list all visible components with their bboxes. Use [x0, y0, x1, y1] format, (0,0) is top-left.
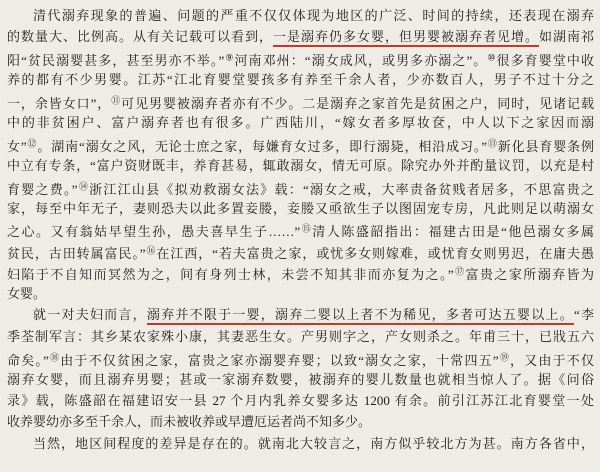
text-segment: 新化县育婴条例 — [498, 139, 594, 154]
text-run: 妇陷于不自知而冥然为之，间有身列士林，未尝不知其非而亦复为之。”⑰富贵之家所溺弃… — [7, 267, 594, 282]
text-run: 命矣。”⑱由于不仅贫困之家，富贵之家亦溺婴弃婴；以致“溺女之家，十常四五”⑲，又… — [7, 353, 594, 368]
text-segment: 的数量大、比例高。从有关记载可以看到， — [7, 29, 273, 44]
text-run: 当然，地区间程度的差异是存在的。就南北大较言之，南方似乎较北方为甚。南方各省中， — [33, 436, 594, 451]
footnote-marker: ⑨ — [224, 53, 234, 63]
footnote-marker: ⑲ — [499, 352, 510, 362]
text-line: 就一对夫妇而言，溺弃并不限于一婴，溺弃二婴以上者不为稀见，多者可达五婴以上。“李 — [7, 304, 594, 325]
text-line: 收养婴幼亦多至千余人，而未被收养或早遭厄运者尚不知多少。 — [7, 411, 594, 432]
text-line: 一，余皆女口”，⑪可见男婴被溺弃者亦有不少。二是溺弃之家首先是贫困之户，同时，见… — [7, 91, 594, 112]
text-run: 溺弃女婴，而且溺弃男婴；甚或一家溺弃数婴，被溺弃的婴儿数量也就相当惊人了。据《问… — [7, 372, 594, 387]
footnote-marker: ⑱ — [49, 352, 60, 362]
text-run: 育婴之费。”⑭浙江江山县《拟劝救溺女法》载：“溺女之戒，大率责备贫贱者居多，不思… — [7, 182, 594, 197]
text-segment: 清代溺弃现象的普遍、问题的严重不仅仅体现为地区的广泛、时间的持续，还表现在溺弃 — [33, 8, 594, 23]
text-run: 清代溺弃现象的普遍、问题的严重不仅仅体现为地区的广泛、时间的持续，还表现在溺弃 — [33, 8, 594, 23]
text-line: 的数量大、比例高。从有关记载可以看到，一是溺弃仍多女婴，但男婴被溺弃者见增。如湖… — [7, 26, 594, 47]
text-line: 养的都有不少男婴。江苏“江北育婴堂婴孩多有养至千余人者，少亦数百人，男子不过十分… — [7, 69, 594, 90]
text-line: 清代溺弃现象的普遍、问题的严重不仅仅体现为地区的广泛、时间的持续，还表现在溺弃 — [7, 5, 594, 26]
text-segment: 一是溺弃仍多女婴，但男婴被溺弃者见增。 — [273, 29, 539, 44]
text-line: 季荃制军言：其乡某农家殊小康，其妻恶生女。产男则字之，产女则杀之。年甫三十，已戕… — [7, 326, 594, 347]
text-run: 如湖南祁 — [539, 29, 594, 44]
text-segment: 女” — [7, 139, 27, 154]
text-line: 女婴。 — [7, 283, 594, 304]
text-segment: 由于不仅贫困之家，富贵之家亦溺婴弃婴；以致“溺女之家，十常四五” — [60, 353, 498, 368]
text-segment: 育婴之费。” — [7, 182, 78, 197]
footnote-marker: ⑬ — [487, 138, 498, 148]
text-line: 家，每至中年无子，妻则恐夫以此多置妾媵，妾媵又亟欲生子以图固宠专房，凡此则足以萌… — [7, 198, 594, 219]
text-segment: 可见男婴被溺弃者亦有不少。二是溺弃之家首先是贫困之户，同时，见诸记载 — [121, 96, 594, 111]
text-run: 养的都有不少男婴。江苏“江北育婴堂婴孩多有养至千余人者，少亦数百人，男子不过十分… — [7, 72, 594, 87]
text-line: 育婴之费。”⑭浙江江山县《拟劝救溺女法》载：“溺女之戒，大率责备贫贱者居多，不思… — [7, 176, 594, 197]
text-line: 贫民，古田转属富民。”⑯在江西，“若夫富贵之家，或忧多女则嫁难，或忧育女则男迟，… — [7, 240, 594, 261]
text-segment: ，又由于不仅 — [510, 353, 594, 368]
text-segment: 阳“贫民溺婴甚多，甚至男亦不举。” — [7, 53, 224, 68]
footnote-marker: ⑮ — [300, 224, 312, 234]
text-segment: 一，余皆女口”， — [7, 96, 111, 111]
text-segment: 妇陷于不自知而冥然为之，间有身列士林，未尝不知其非而亦复为之。” — [7, 267, 454, 282]
text-run: 女婴。 — [7, 286, 46, 301]
text-run: 季荃制军言：其乡某农家殊小康，其妻恶生女。产男则字之，产女则杀之。年甫三十，已戕… — [7, 329, 594, 344]
text-run: 女”⑫。湖南“溺女之风，无论士庶之家，每嫌育女过多，即行溺毙，相沿成习。”⑬新化… — [7, 139, 594, 154]
text-segment: 富贵之家所溺弃皆为 — [466, 267, 594, 282]
text-segment: 家，每至中年无子，妻则恐夫以此多置妾媵，妾媵又亟欲生子以图固宠专房，凡此则足以萌… — [7, 201, 594, 216]
text-run: 的数量大、比例高。从有关记载可以看到， — [7, 29, 273, 44]
text-run: 一，余皆女口”，⑪可见男婴被溺弃者亦有不少。二是溺弃之家首先是贫困之户，同时，见… — [7, 96, 594, 111]
text-segment: 之心。又有翁姑早望生孙，愚夫喜早生子……” — [7, 224, 300, 239]
text-run: 贫民，古田转属富民。”⑯在江西，“若夫富贵之家，或忧多女则嫁难，或忧育女则男迟，… — [7, 246, 594, 261]
text-segment: 命矣。” — [7, 353, 49, 368]
text-line: 中立有专条，“富户资财既丰，养育甚易，辄敢溺女，情无可原。除究办外并酌量议罚，以… — [7, 155, 594, 176]
text-run: 家，每至中年无子，妻则恐夫以此多置妾媵，妾媵又亟欲生子以图固宠专房，凡此则足以萌… — [7, 201, 594, 216]
text-line: 录》载，陈盛韶在福建诏安一县 27 个月内乳养女婴多达 1200 有余。前引江苏… — [7, 390, 594, 411]
underline-annotation: 阳“贫民溺婴甚多，甚至男亦不举。”⑨河南邓州：“溺女成风，或男多亦溺之”。 — [7, 53, 487, 69]
text-segment: 河南邓州：“溺女成风，或男多亦溺之”。 — [234, 53, 487, 68]
text-line: 阳“贫民溺婴甚多，甚至男亦不举。”⑨河南邓州：“溺女成风，或男多亦溺之”。⑩很多… — [7, 48, 594, 69]
text-segment: “李 — [574, 307, 594, 322]
underline-annotation: 一是溺弃仍多女婴，但男婴被溺弃者见增。 — [273, 29, 539, 47]
text-segment: 。湖南“溺女之风，无论士庶之家，每嫌育女过多，即行溺毙，相沿成习。” — [37, 139, 487, 154]
text-segment: 浙江江山县《拟劝救溺女法》载：“溺女之戒，大率责备贫贱者居多，不思富贵之 — [89, 182, 594, 197]
text-line: 中的非贫困户、富户溺弃者也有很多。广西陆川，“嫁女者多厚妆奁，中人以下之家因而溺 — [7, 112, 594, 133]
text-segment: 贫民，古田转属富民。” — [7, 246, 146, 261]
footnote-marker: ⑪ — [111, 96, 121, 106]
footnote-marker: ⑩ — [487, 53, 496, 63]
text-segment: 溺弃女婴，而且溺弃男婴；甚或一家溺弃数婴，被溺弃的婴儿数量也就相当惊人了。据《问… — [7, 372, 594, 387]
text-segment: 如湖南祁 — [539, 29, 594, 44]
text-segment: 季荃制军言：其乡某农家殊小康，其妻恶生女。产男则字之，产女则杀之。年甫三十，已戕… — [7, 329, 594, 344]
text-run: 之心。又有翁姑早望生孙，愚夫喜早生子……”⑮清人陈盛韶指出：福建古田是“他邑溺女… — [7, 224, 594, 239]
text-segment: 收养婴幼亦多至千余人，而未被收养或早遭厄运者尚不知多少。 — [7, 414, 371, 429]
text-run: ⑩很多育婴堂中收 — [487, 53, 594, 68]
text-line: 命矣。”⑱由于不仅贫困之家，富贵之家亦溺婴弃婴；以致“溺女之家，十常四五”⑲，又… — [7, 347, 594, 368]
text-segment: 当然，地区间程度的差异是存在的。就南北大较言之，南方似乎较北方为甚。南方各省中， — [33, 436, 594, 451]
footnote-marker: ⑰ — [454, 267, 466, 277]
text-run: “李 — [574, 307, 594, 322]
text-segment: 养的都有不少男婴。江苏“江北育婴堂婴孩多有养至千余人者，少亦数百人，男子不过十分… — [7, 72, 594, 87]
text-segment: 中的非贫困户、富户溺弃者也有很多。广西陆川，“嫁女者多厚妆奁，中人以下之家因而溺 — [7, 115, 594, 130]
text-line: 溺弃女婴，而且溺弃男婴；甚或一家溺弃数婴，被溺弃的婴儿数量也就相当惊人了。据《问… — [7, 369, 594, 390]
text-segment: 女婴。 — [7, 286, 46, 301]
text-run: 中立有专条，“富户资财既丰，养育甚易，辄敢溺女，情无可原。除究办外并酌量议罚，以… — [7, 158, 594, 173]
text-line: 妇陷于不自知而冥然为之，间有身列士林，未尝不知其非而亦复为之。”⑰富贵之家所溺弃… — [7, 262, 594, 283]
text-run: 就一对夫妇而言， — [33, 307, 147, 322]
document-page: 清代溺弃现象的普遍、问题的严重不仅仅体现为地区的广泛、时间的持续，还表现在溺弃的… — [0, 0, 600, 472]
text-line: 当然，地区间程度的差异是存在的。就南北大较言之，南方似乎较北方为甚。南方各省中， — [7, 433, 594, 454]
text-segment: 中立有专条，“富户资财既丰，养育甚易，辄敢溺女，情无可原。除究办外并酌量议罚，以… — [7, 158, 594, 173]
footnote-marker: ⑫ — [27, 138, 38, 148]
text-run: 录》载，陈盛韶在福建诏安一县 27 个月内乳养女婴多达 1200 有余。前引江苏… — [7, 393, 594, 408]
text-line: 女”⑫。湖南“溺女之风，无论士庶之家，每嫌育女过多，即行溺毙，相沿成习。”⑬新化… — [7, 133, 594, 154]
text-run: 收养婴幼亦多至千余人，而未被收养或早遭厄运者尚不知多少。 — [7, 414, 371, 429]
text-line: 之心。又有翁姑早望生孙，愚夫喜早生子……”⑮清人陈盛韶指出：福建古田是“他邑溺女… — [7, 219, 594, 240]
footnote-marker: ⑯ — [146, 245, 157, 255]
text-segment: 溺弃并不限于一婴，溺弃二婴以上者不为稀见，多者可达五婴以上。 — [147, 307, 574, 322]
text-segment: 清人陈盛韶指出：福建古田是“他邑溺女多属 — [312, 224, 594, 239]
text-segment: 在江西，“若夫富贵之家，或忧多女则嫁难，或忧育女则男迟，在庸夫愚 — [156, 246, 594, 261]
text-run: 中的非贫困户、富户溺弃者也有很多。广西陆川，“嫁女者多厚妆奁，中人以下之家因而溺 — [7, 115, 594, 130]
underline-annotation: 溺弃并不限于一婴，溺弃二婴以上者不为稀见，多者可达五婴以上。 — [147, 307, 574, 325]
text-segment: 录》载，陈盛韶在福建诏安一县 27 个月内乳养女婴多达 1200 有余。前引江苏… — [7, 393, 594, 408]
footnote-marker: ⑭ — [78, 181, 90, 191]
text-segment: 很多育婴堂中收 — [497, 53, 594, 68]
text-segment: 就一对夫妇而言， — [33, 307, 147, 322]
